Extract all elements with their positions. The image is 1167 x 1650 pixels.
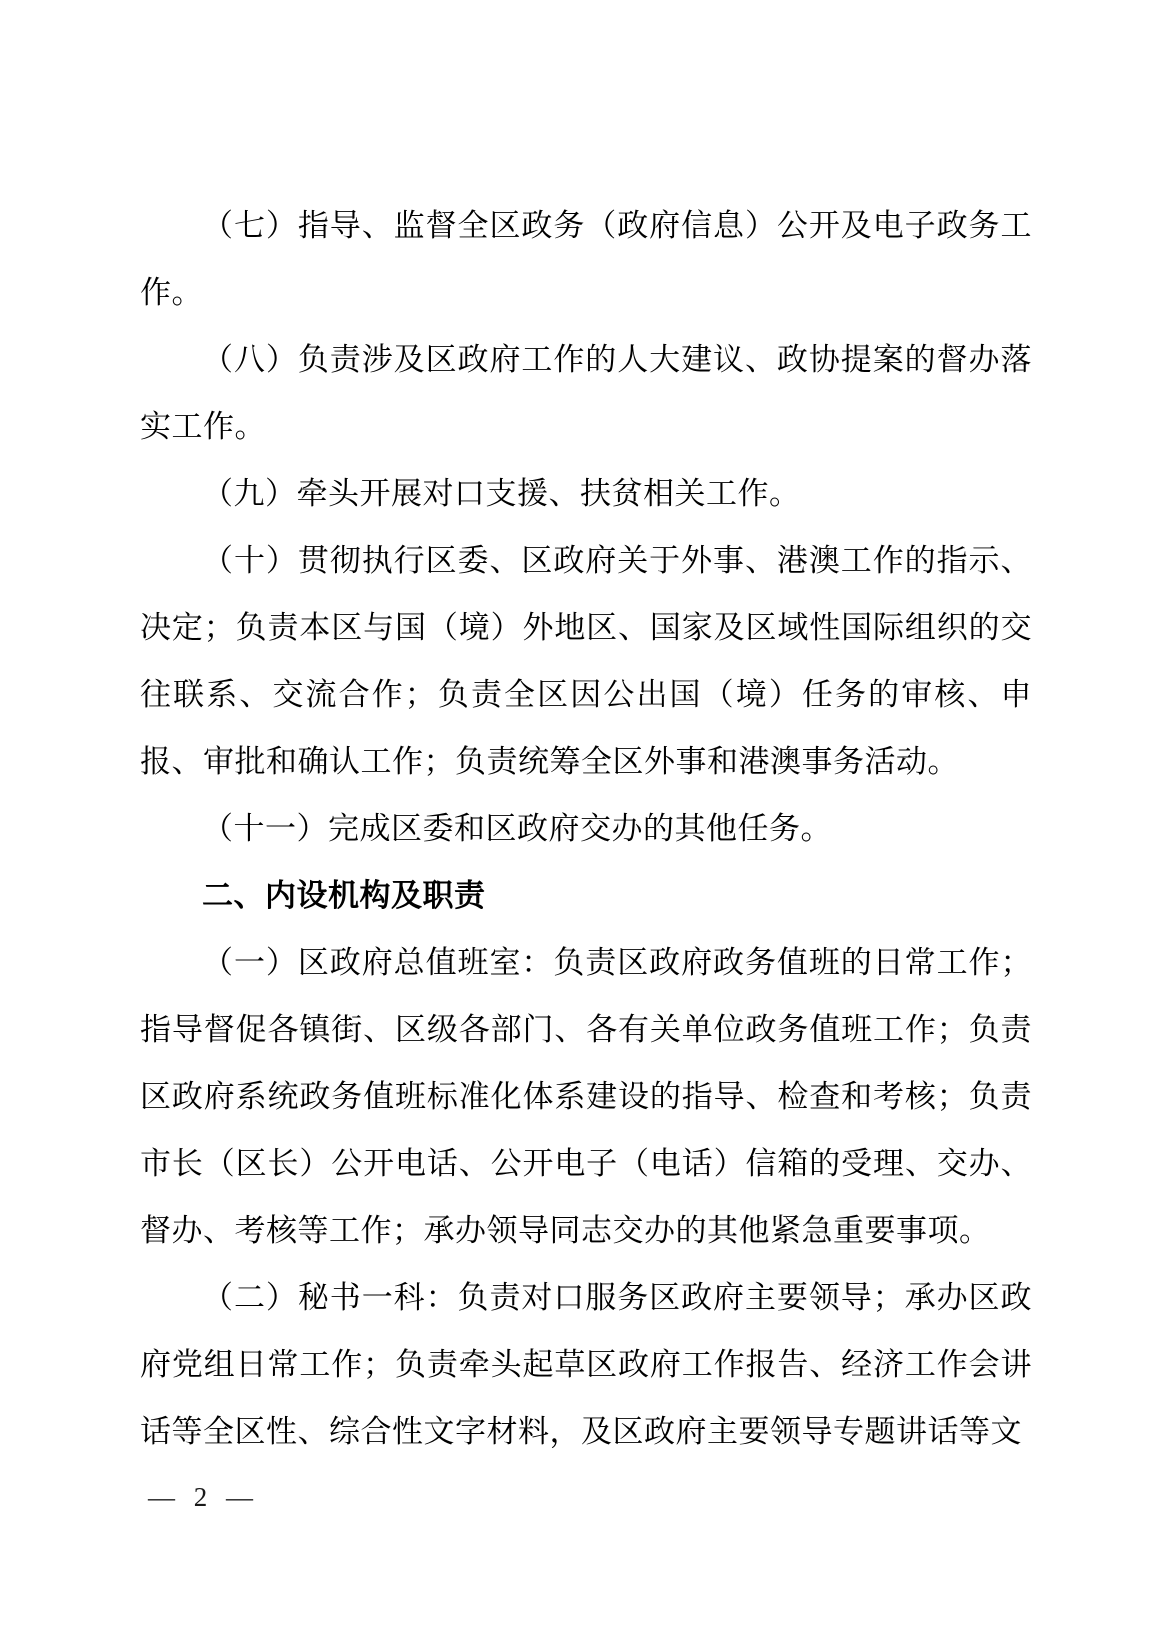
paragraph-item-7: （七）指导、监督全区政务（政府信息）公开及电子政务工作。 (140, 192, 1032, 326)
document-page: （七）指导、监督全区政务（政府信息）公开及电子政务工作。 （八）负责涉及区政府工… (0, 0, 1167, 1650)
paragraph-item-11: （十一）完成区委和区政府交办的其他任务。 (140, 795, 1032, 862)
paragraph-secretary-one: （二）秘书一科：负责对口服务区政府主要领导；承办区政府党组日常工作；负责牵头起草… (140, 1264, 1032, 1465)
page-number: — 2 — (148, 1482, 259, 1513)
paragraph-item-9: （九）牵头开展对口支援、扶贫相关工作。 (140, 460, 1032, 527)
paragraph-item-10: （十）贯彻执行区委、区政府关于外事、港澳工作的指示、决定；负责本区与国（境）外地… (140, 527, 1032, 795)
section-heading-internal-organs: 二、内设机构及职责 (140, 862, 1032, 929)
document-body: （七）指导、监督全区政务（政府信息）公开及电子政务工作。 （八）负责涉及区政府工… (140, 192, 1032, 1465)
paragraph-item-8: （八）负责涉及区政府工作的人大建议、政协提案的督办落实工作。 (140, 326, 1032, 460)
paragraph-duty-office: （一）区政府总值班室：负责区政府政务值班的日常工作；指导督促各镇街、区级各部门、… (140, 929, 1032, 1264)
